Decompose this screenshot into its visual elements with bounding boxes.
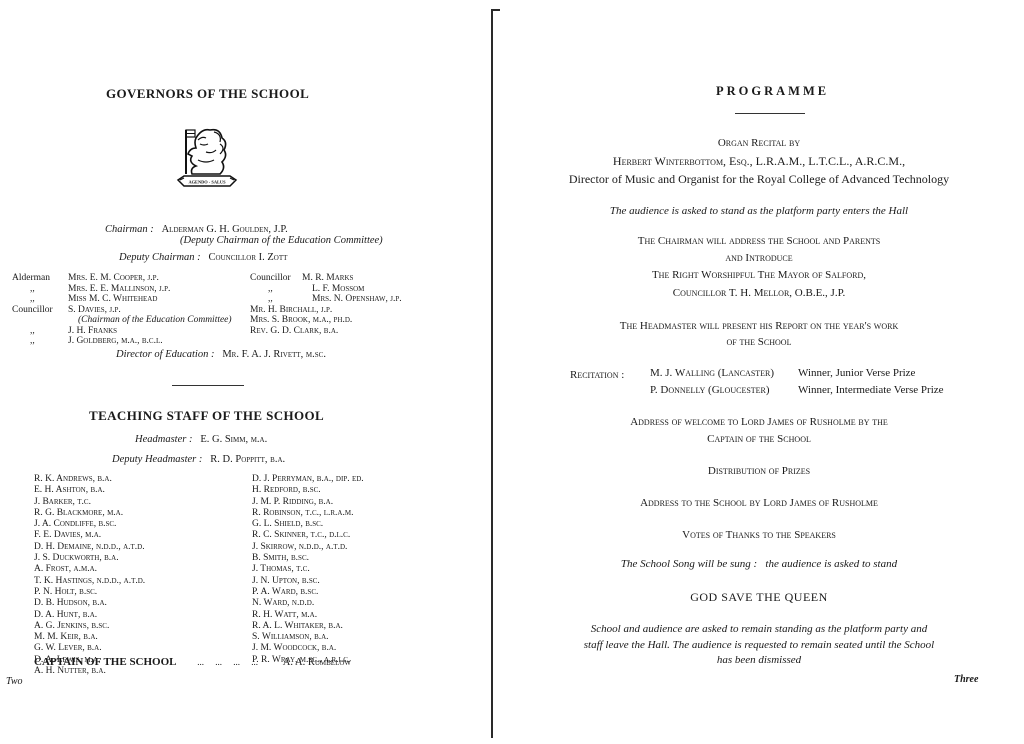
staff-list-right: D. J. Perryman, b.a., dip. ed.H. Redford… xyxy=(252,474,364,666)
governor-name: Mrs. E. E. Mallinson, j.p. xyxy=(68,284,170,294)
headmaster-name: E. G. Simm, m.a. xyxy=(200,434,267,445)
governor-row: ,,Mrs. N. Openshaw, j.p. xyxy=(250,294,402,305)
welcome-address-line1: Address of welcome to Lord James of Rush… xyxy=(494,416,1024,428)
section-divider xyxy=(172,385,244,386)
staff-member: J. A. Condliffe, b.sc. xyxy=(34,519,145,530)
captain-leader-dots: ... ... ... ... xyxy=(197,657,258,667)
director-row: Director of Education : Mr. F. A. J. Riv… xyxy=(116,349,326,361)
recitation-1-award: Winner, Junior Verse Prize xyxy=(798,367,915,379)
governor-row: ,,Mrs. E. E. Mallinson, j.p. xyxy=(12,284,232,295)
governor-title: ,, xyxy=(12,336,68,347)
staff-member: J. Barker, t.c. xyxy=(34,497,145,508)
recitation-2-award: Winner, Intermediate Verse Prize xyxy=(798,384,944,396)
governor-title: ,, xyxy=(12,294,68,305)
distribution-of-prizes: Distribution of Prizes xyxy=(494,465,1024,477)
deputy-chairman-name: Councillor I. Zott xyxy=(209,252,288,263)
votes-of-thanks: Votes of Thanks to the Speakers xyxy=(494,529,1024,541)
staff-member: F. E. Davies, m.a. xyxy=(34,530,145,541)
governor-name: L. F. Mossom xyxy=(302,284,364,294)
governor-title: ,, xyxy=(12,284,68,295)
governor-title: Alderman xyxy=(12,273,68,284)
staff-member: P. A. Ward, b.sc. xyxy=(252,587,364,598)
staff-member: J. Skirrow, n.d.d., a.t.d. xyxy=(252,542,364,553)
staff-member: R. H. Watt, m.a. xyxy=(252,610,364,621)
deputy-chairman-row: Deputy Chairman : Councillor I. Zott xyxy=(119,252,287,264)
director-label: Director of Education : xyxy=(116,349,214,360)
governor-row: ,,J. Goldberg, m.a., b.c.l. xyxy=(12,336,232,347)
chairman-address-line3: The Right Worshipful The Mayor of Salfor… xyxy=(494,269,1024,281)
governor-name: M. R. Marks xyxy=(302,273,353,283)
staff-member: J. S. Duckworth, b.a. xyxy=(34,553,145,564)
title-underline xyxy=(735,113,805,114)
school-crest-icon: AGENDO · SALUS xyxy=(176,124,238,190)
governor-title: ,, xyxy=(250,284,302,295)
governor-title: Councillor xyxy=(250,273,302,284)
staff-member: G. W. Lever, b.a. xyxy=(34,643,145,654)
headmaster-report-line2: of the School xyxy=(494,336,1024,348)
headmaster-report-line1: The Headmaster will present his Report o… xyxy=(494,320,1024,332)
governor-row: CouncillorM. R. Marks xyxy=(250,273,402,284)
staff-member: A. Frost, a.m.a. xyxy=(34,564,145,575)
teaching-staff-title: TEACHING STAFF OF THE SCHOOL xyxy=(89,408,324,424)
staff-member: G. L. Shield, b.sc. xyxy=(252,519,364,530)
director-name: Mr. F. A. J. Rivett, m.sc. xyxy=(222,349,326,360)
chairman-address-line2: and Introduce xyxy=(494,252,1024,264)
governor-name: S. Davies, j.p. xyxy=(68,305,121,315)
chairman-name: Alderman G. H. Goulden, J.P. xyxy=(162,224,288,235)
staff-member: A. G. Jenkins, b.sc. xyxy=(34,621,145,632)
captain-row: CAPTAIN OF THE SCHOOL ... ... ... ... A.… xyxy=(34,656,351,668)
deputy-headmaster-label: Deputy Headmaster : xyxy=(112,454,202,465)
right-page: PROGRAMME Organ Recital by Herbert Winte… xyxy=(494,0,1024,744)
staff-member: R. A. L. Whitaker, b.a. xyxy=(252,621,364,632)
chairman-note: (Deputy Chairman of the Education Commit… xyxy=(180,235,383,247)
governor-row: ,,J. H. Franks xyxy=(12,326,232,337)
governor-row: AldermanMrs. E. M. Cooper, j.p. xyxy=(12,273,232,284)
page-fold-line xyxy=(491,10,493,738)
welcome-address-line2: Captain of the School xyxy=(494,433,1024,445)
staff-member: R. G. Blackmore, m.a. xyxy=(34,508,145,519)
recitation-2-name: P. Donnelly (Gloucester) xyxy=(650,384,798,396)
staff-member: J. Thomas, t.c. xyxy=(252,564,364,575)
captain-name: A. A. Rumbelow xyxy=(283,657,351,668)
recitation-1-name: M. J. Walling (Lancaster) xyxy=(650,367,798,379)
staff-member: B. Smith, b.sc. xyxy=(252,553,364,564)
organist-name: Herbert Winterbottom, Esq., L.R.A.M., L.… xyxy=(494,154,1024,169)
staff-member: J. M. P. Ridding, b.a. xyxy=(252,497,364,508)
governor-name: J. H. Franks xyxy=(68,326,117,336)
governor-name: Mrs. N. Openshaw, j.p. xyxy=(302,294,402,304)
governor-title: ,, xyxy=(250,294,302,305)
recitation-label: Recitation : xyxy=(570,369,624,381)
chairman-address-line4: Councillor T. H. Mellor, O.B.E., J.P. xyxy=(494,287,1024,299)
staff-member: E. H. Ashton, b.a. xyxy=(34,485,145,496)
deputy-chairman-label: Deputy Chairman : xyxy=(119,252,201,263)
staff-member: J. N. Upton, b.sc. xyxy=(252,576,364,587)
governor-title: Councillor xyxy=(12,305,68,316)
governor-row: Mr. H. Birchall, j.p. xyxy=(250,305,402,316)
staff-member: P. N. Holt, b.sc. xyxy=(34,587,145,598)
stand-note: The audience is asked to stand as the pl… xyxy=(494,205,1024,217)
programme-title: PROGRAMME xyxy=(716,84,829,99)
governor-name: Mrs. S. Brook, m.a., ph.d. xyxy=(250,315,352,325)
staff-list-left: R. K. Andrews, b.a.E. H. Ashton, b.a.J. … xyxy=(34,474,145,677)
closing-note-line3: has been dismissed xyxy=(494,654,1024,666)
staff-member: N. Ward, n.d.d. xyxy=(252,598,364,609)
closing-note-line2: staff leave the Hall. The audience is re… xyxy=(494,639,1024,651)
governor-row: ,,L. F. Mossom xyxy=(250,284,402,295)
governor-row: CouncillorS. Davies, j.p. xyxy=(12,305,232,316)
staff-member: S. Williamson, b.a. xyxy=(252,632,364,643)
governor-title: ,, xyxy=(12,326,68,337)
governor-name: Miss M. C. Whitehead xyxy=(68,294,157,304)
staff-member: H. Redford, b.sc. xyxy=(252,485,364,496)
headmaster-row: Headmaster : E. G. Simm, m.a. xyxy=(135,434,267,446)
staff-member: R. Robinson, t.c., l.r.a.m. xyxy=(252,508,364,519)
governors-list-left: AldermanMrs. E. M. Cooper, j.p.,,Mrs. E.… xyxy=(12,273,232,347)
governor-name: Rev. G. D. Clark, b.a. xyxy=(250,326,338,336)
organist-title: Director of Music and Organist for the R… xyxy=(494,172,1024,187)
closing-note-line1: School and audience are asked to remain … xyxy=(494,623,1024,635)
staff-member: D. A. Hunt, b.a. xyxy=(34,610,145,621)
governor-row: ,,Miss M. C. Whitehead xyxy=(12,294,232,305)
governor-name: J. Goldberg, m.a., b.c.l. xyxy=(68,336,163,346)
governor-row: Mrs. S. Brook, m.a., ph.d. xyxy=(250,315,402,326)
deputy-headmaster-name: R. D. Poppitt, b.a. xyxy=(210,454,285,465)
headmaster-label: Headmaster : xyxy=(135,434,192,445)
page-number-left: Two xyxy=(6,676,23,687)
recitation-1: M. J. Walling (Lancaster)Winner, Junior … xyxy=(650,367,915,379)
chairman-address-line1: The Chairman will address the School and… xyxy=(494,235,1024,247)
governor-name: Mr. H. Birchall, j.p. xyxy=(250,305,332,315)
staff-member: R. K. Andrews, b.a. xyxy=(34,474,145,485)
chairman-label: Chairman : xyxy=(105,224,154,235)
staff-member: D. H. Demaine, n.d.d., a.t.d. xyxy=(34,542,145,553)
governor-name: (Chairman of the Education Committee) xyxy=(68,315,232,325)
anthem: GOD SAVE THE QUEEN xyxy=(494,590,1024,605)
school-song-note: The School Song will be sung : the audie… xyxy=(494,558,1024,570)
captain-label: CAPTAIN OF THE SCHOOL xyxy=(34,656,177,668)
governors-list-right: CouncillorM. R. Marks,,L. F. Mossom,,Mrs… xyxy=(250,273,402,336)
staff-member: R. C. Skinner, t.c., d.l.c. xyxy=(252,530,364,541)
governors-title: GOVERNORS OF THE SCHOOL xyxy=(106,86,309,102)
lord-james-address: Address to the School by Lord James of R… xyxy=(494,497,1024,509)
deputy-headmaster-row: Deputy Headmaster : R. D. Poppitt, b.a. xyxy=(112,454,285,466)
organ-recital-line: Organ Recital by xyxy=(494,137,1024,149)
recitation-2: P. Donnelly (Gloucester)Winner, Intermed… xyxy=(650,384,944,396)
left-page: GOVERNORS OF THE SCHOOL AGENDO · SALUS C… xyxy=(0,0,490,744)
staff-member: T. K. Hastings, n.d.d., a.t.d. xyxy=(34,576,145,587)
staff-member: M. M. Keir, b.a. xyxy=(34,632,145,643)
governor-row: Rev. G. D. Clark, b.a. xyxy=(250,326,402,337)
governor-name: Mrs. E. M. Cooper, j.p. xyxy=(68,273,159,283)
page-number-right: Three xyxy=(954,674,978,685)
svg-text:AGENDO · SALUS: AGENDO · SALUS xyxy=(188,180,226,185)
governor-row: (Chairman of the Education Committee) xyxy=(12,315,232,326)
staff-member: J. M. Woodcock, b.a. xyxy=(252,643,364,654)
staff-member: D. B. Hudson, b.a. xyxy=(34,598,145,609)
staff-member: D. J. Perryman, b.a., dip. ed. xyxy=(252,474,364,485)
